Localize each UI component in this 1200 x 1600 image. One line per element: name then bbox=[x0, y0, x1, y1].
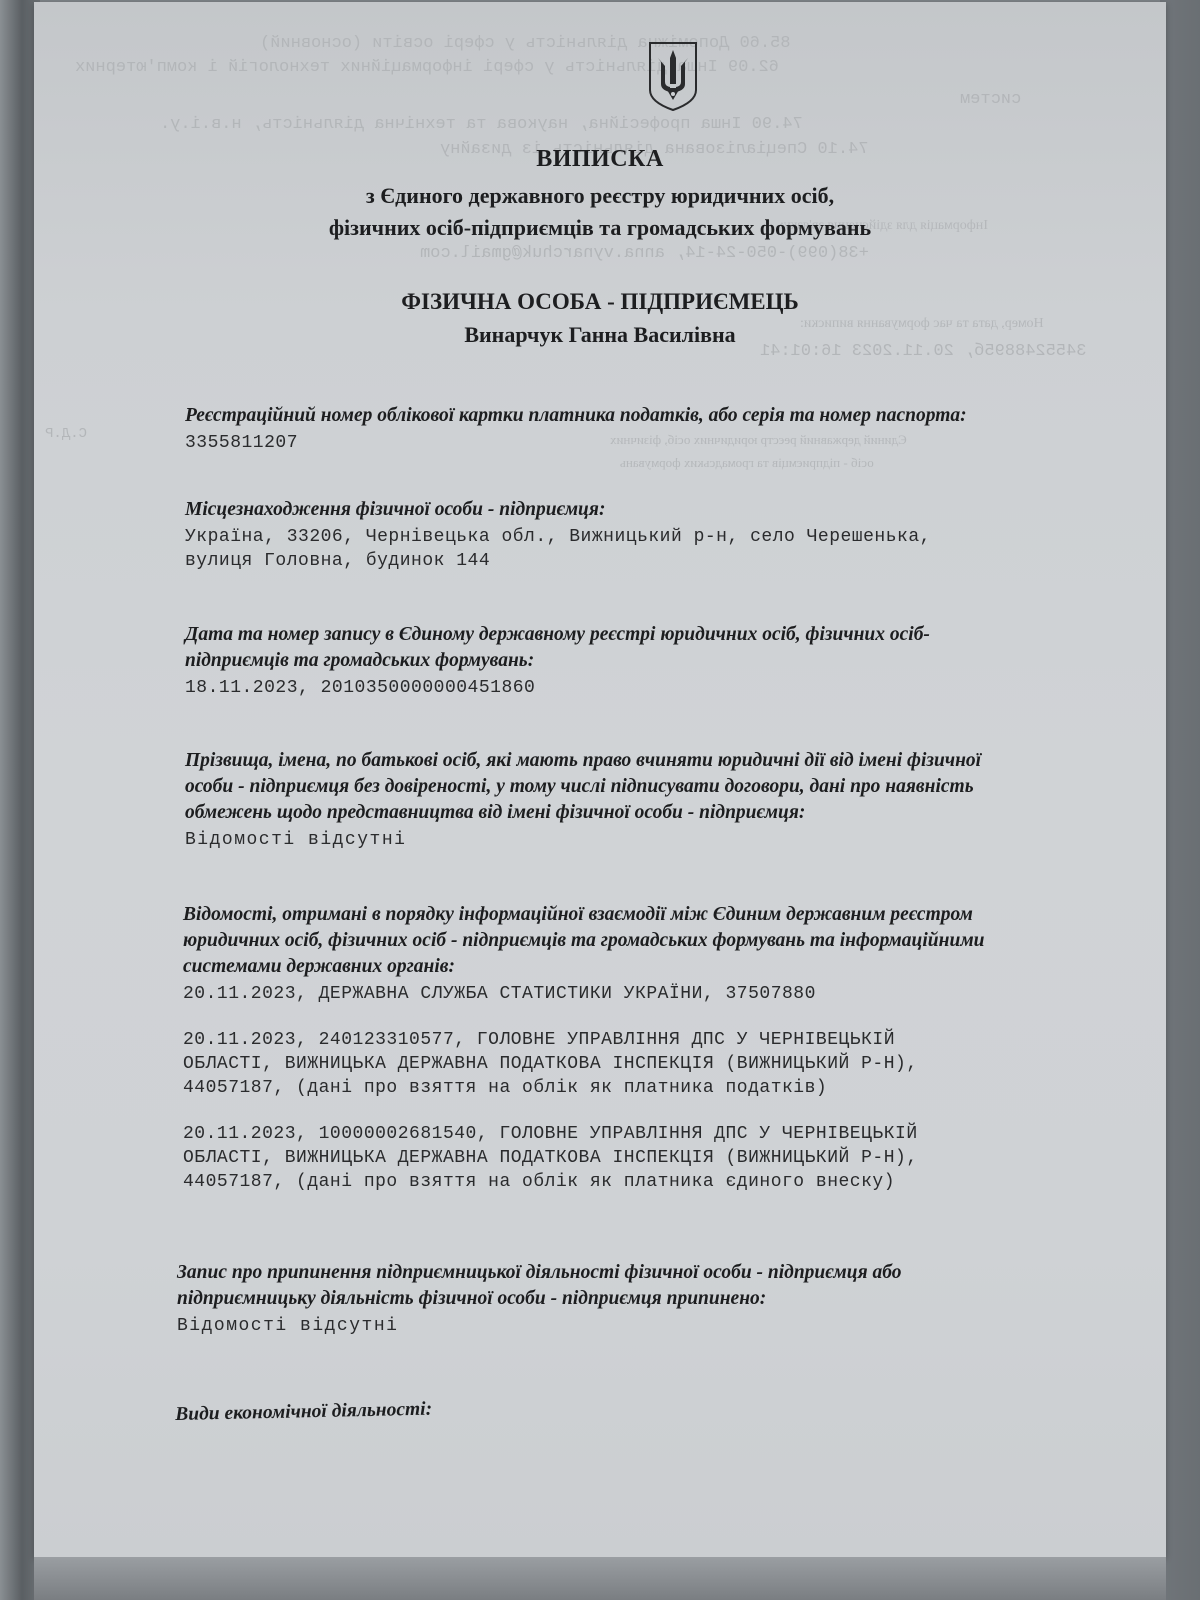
info-exchange-line: 20.11.2023, 10000002681540, ГОЛОВНЕ УПРА… bbox=[183, 1122, 1113, 1146]
document-subtitle: з Єдиного державного реєстру юридичних о… bbox=[0, 183, 1200, 209]
section-label: обмежень щодо представництва від імені ф… bbox=[185, 800, 1115, 826]
section-label: Відомості, отримані в порядку інформацій… bbox=[183, 902, 1113, 928]
tax-id-value: 3355811207 bbox=[185, 431, 1115, 455]
section-label: Прізвища, імена, по батькові осіб, які м… bbox=[185, 748, 1115, 774]
section-label: системами державних органів: bbox=[183, 954, 1113, 980]
section-label: юридичних осіб, фізичних осіб - підприєм… bbox=[183, 928, 1113, 954]
document-title: ВИПИСКА bbox=[0, 146, 1200, 173]
entity-type-heading: ФІЗИЧНА ОСОБА - ПІДПРИЄМЕЦЬ bbox=[0, 289, 1200, 315]
location-value: Україна, 33206, Чернівецька обл., Вижниц… bbox=[185, 525, 1115, 549]
section-info-exchange: Відомості, отримані в порядку інформацій… bbox=[183, 902, 1113, 1194]
ukraine-trident-coat-of-arms-icon bbox=[646, 40, 700, 112]
info-exchange-line: ОБЛАСТІ, ВИЖНИЦЬКА ДЕРЖАВНА ПОДАТКОВА ІН… bbox=[183, 1146, 1113, 1170]
section-label: підприємців та громадських формувань: bbox=[185, 648, 1115, 674]
info-exchange-line: 20.11.2023, 240123310577, ГОЛОВНЕ УПРАВЛ… bbox=[183, 1028, 1113, 1052]
registry-record-value: 18.11.2023, 2010350000000451860 bbox=[185, 676, 1115, 700]
section-tax-id: Реєстраційний номер облікової картки пла… bbox=[185, 403, 1115, 455]
termination-value: Відомості відсутні bbox=[177, 1314, 1107, 1338]
section-label: Дата та номер запису в Єдиному державном… bbox=[185, 622, 1115, 648]
section-authorized-persons: Прізвища, імена, по батькові осіб, які м… bbox=[185, 748, 1115, 852]
document-bottom-edge bbox=[34, 1557, 1166, 1600]
info-exchange-entry: 20.11.2023, 240123310577, ГОЛОВНЕ УПРАВЛ… bbox=[183, 1028, 1113, 1100]
authorized-persons-value: Відомості відсутні bbox=[185, 828, 1115, 852]
info-exchange-line: 44057187, (дані про взяття на облік як п… bbox=[183, 1076, 1113, 1100]
info-exchange-entry: 20.11.2023, ДЕРЖАВНА СЛУЖБА СТАТИСТИКИ У… bbox=[183, 982, 1113, 1006]
section-label: підприємницьку діяльність фізичної особи… bbox=[177, 1286, 1107, 1312]
section-termination: Запис про припинення підприємницької дія… bbox=[177, 1260, 1107, 1338]
info-exchange-line: 44057187, (дані про взяття на облік як п… bbox=[183, 1170, 1113, 1194]
section-registry-record: Дата та номер запису в Єдиному державном… bbox=[185, 622, 1115, 700]
info-exchange-entry: 20.11.2023, 10000002681540, ГОЛОВНЕ УПРА… bbox=[183, 1122, 1113, 1194]
info-exchange-line: ОБЛАСТІ, ВИЖНИЦЬКА ДЕРЖАВНА ПОДАТКОВА ІН… bbox=[183, 1052, 1113, 1076]
section-label: Місцезнаходження фізичної особи - підпри… bbox=[185, 497, 1115, 523]
section-label: Запис про припинення підприємницької дія… bbox=[177, 1260, 1107, 1286]
entity-name-heading: Винарчук Ганна Василівна bbox=[0, 322, 1200, 348]
section-label: Реєстраційний номер облікової картки пла… bbox=[185, 403, 1115, 429]
section-location: Місцезнаходження фізичної особи - підпри… bbox=[185, 497, 1115, 573]
document-subtitle: фізичних осіб-підприємців та громадських… bbox=[0, 215, 1200, 241]
section-label: особи - підприємця без довіреності, у то… bbox=[185, 774, 1115, 800]
location-value: вулиця Головна, будинок 144 bbox=[185, 549, 1115, 573]
